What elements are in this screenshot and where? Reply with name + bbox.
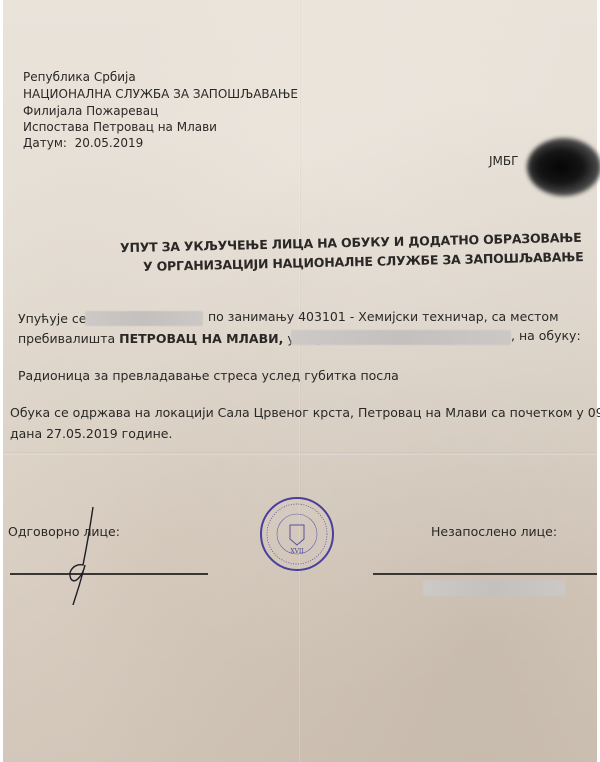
handwritten-signature <box>63 505 103 605</box>
date-label: Датум: <box>23 136 67 150</box>
street-redaction <box>291 330 511 345</box>
stamp-number: XVII <box>290 548 304 555</box>
residence-prefix: пребивалишта <box>18 331 115 346</box>
header-branch: Филијала Пожаревац <box>23 103 158 119</box>
jmbg-label: ЈМБГ <box>489 153 518 169</box>
date-value: 20.05.2019 <box>75 136 144 150</box>
referral-prefix: Упућује се <box>18 311 86 327</box>
training-name: Радионица за превладавање стреса услед г… <box>18 368 399 384</box>
paper-fold-horizontal <box>3 452 597 455</box>
name-redaction <box>85 311 203 326</box>
unemployed-person-label: Незапослено лице: <box>431 524 557 540</box>
document-page: Република Србија НАЦИОНАЛНА СЛУЖБА ЗА ЗА… <box>3 0 597 762</box>
residence-line: пребивалишта ПЕТРОВАЦ НА МЛАВИ, улица <box>18 331 327 347</box>
header-date: Датум: 20.05.2019 <box>23 135 143 151</box>
header-country: Република Србија <box>23 69 136 85</box>
residence-city: ПЕТРОВАЦ НА МЛАВИ, <box>119 331 283 346</box>
header-office: Испостава Петровац на Млави <box>23 119 217 135</box>
unemployed-signature-line <box>373 573 597 575</box>
header-agency: НАЦИОНАЛНА СЛУЖБА ЗА ЗАПОШЉАВАЊЕ <box>23 86 298 102</box>
official-stamp: XVII <box>258 495 336 573</box>
responsible-signature-line <box>10 573 208 575</box>
training-suffix: , на обуку: <box>511 328 581 344</box>
jmbg-redaction <box>527 138 600 196</box>
unemployed-name-redaction <box>423 580 565 596</box>
occupation-text: по занимању 403101 - Хемијски техничар, … <box>208 309 559 325</box>
location-line2: дана 27.05.2019 године. <box>10 426 172 442</box>
location-line1: Обука се одржава на локацији Сала Црвено… <box>10 405 600 421</box>
